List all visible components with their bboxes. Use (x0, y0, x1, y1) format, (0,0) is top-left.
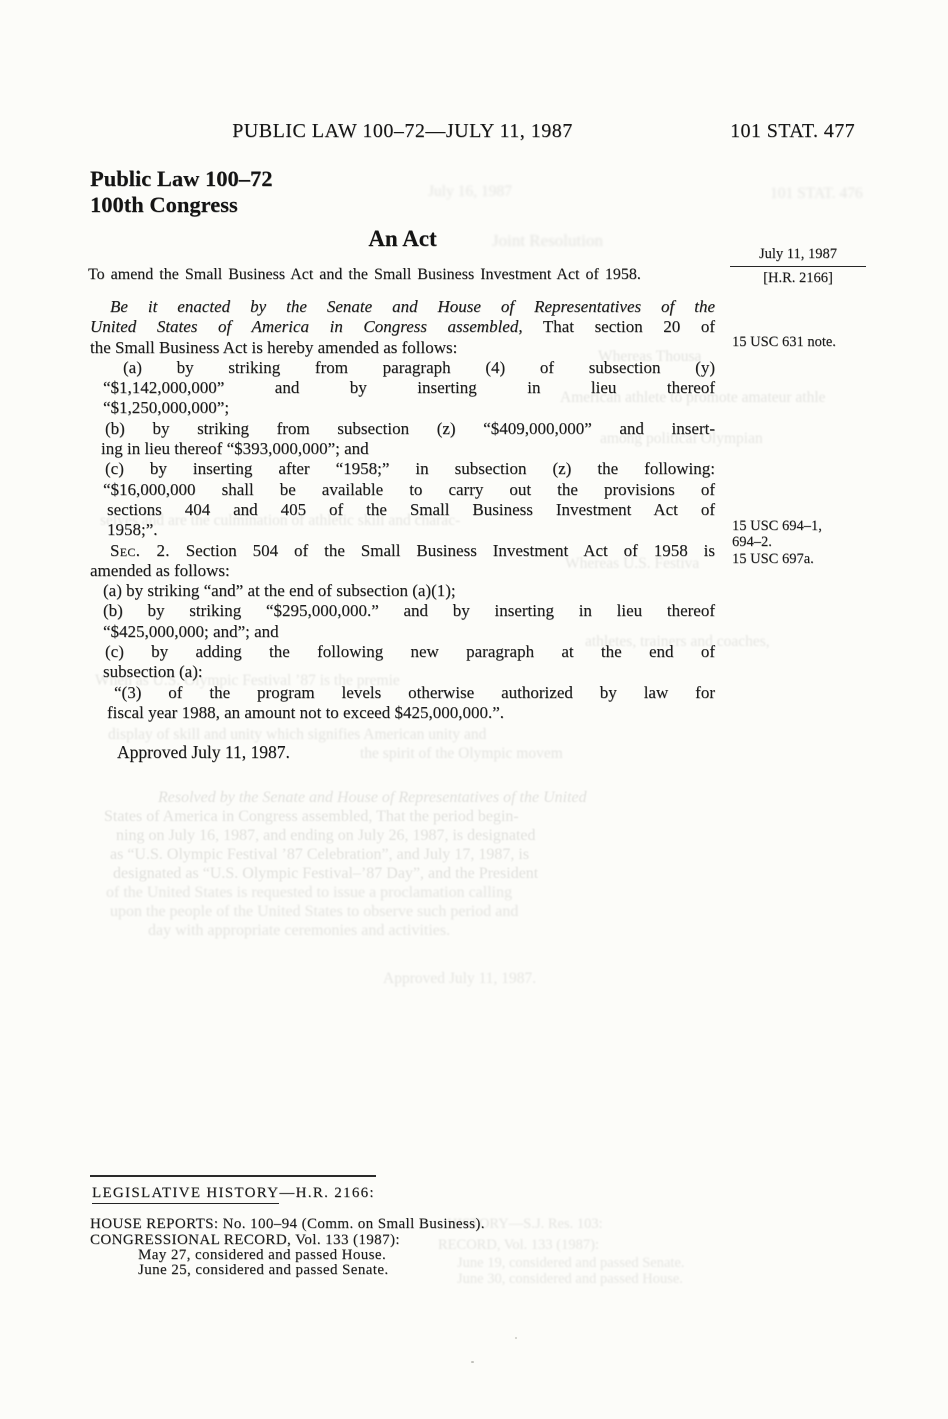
ghost-text: ning on July 16, 1987, and ending on Jul… (116, 827, 536, 845)
margin-date: July 11, 1987 (730, 246, 866, 267)
house-reports: HOUSE REPORTS: No. 100–94 (Comm. on Smal… (90, 1216, 485, 1233)
legislative-history-rule (90, 1175, 376, 1177)
ghost-text: upon the people of the United States to … (110, 903, 518, 921)
ghost-text: June 19, considered and passed Senate. (457, 1255, 685, 1272)
statute-line: (c) by inserting after “1958;” in subsec… (90, 459, 715, 479)
statute-line: “(3) of the program levels otherwise aut… (90, 683, 715, 703)
ghost-text: as “U.S. Olympic Festival ’87 Celebratio… (110, 846, 529, 864)
congress-label: 100th Congress (90, 192, 273, 218)
act-heading: An Act (90, 226, 715, 252)
margin-date-block: July 11, 1987 [H.R. 2166] (730, 246, 866, 287)
usc-note-line: 15 USC 694–1, (732, 518, 822, 534)
statute-line: (a) by striking from paragraph (4) of su… (90, 358, 715, 378)
law-number-block: Public Law 100–72 100th Congress (90, 166, 273, 217)
section-number: Sec. 2. (110, 541, 170, 560)
paper-speck (471, 1361, 474, 1363)
running-head: PUBLIC LAW 100–72—JULY 11, 1987 (90, 120, 715, 143)
legislative-history-bill: —H.R. 2166: (279, 1185, 375, 1201)
usc-note-line: 15 USC 697a. (732, 551, 822, 567)
usc-note-631: 15 USC 631 note. (732, 334, 836, 350)
statute-body: Be it enacted by the Senate and House of… (90, 297, 715, 723)
statute-line: Sec. 2. Section 504 of the Small Busines… (90, 541, 715, 561)
margin-bill-number: [H.R. 2166] (730, 267, 866, 287)
stat-page-number: 101 STAT. 477 (690, 120, 855, 143)
ghost-text: July 16, 1987 (428, 183, 512, 201)
paper-speck (515, 1337, 517, 1339)
record-item: June 25, considered and passed Senate. (138, 1262, 389, 1279)
ghost-text: designated as “U.S. Olympic Festival–’87… (113, 865, 538, 883)
statute-line: (b) by striking from subsection (z) “$40… (90, 419, 715, 439)
legislative-history-heading: LEGISLATIVE HISTORY—H.R. 2166: (92, 1185, 375, 1202)
enacting-roman: That section 20 of (523, 317, 715, 336)
statute-line: Be it enacted by the Senate and House of… (90, 297, 715, 317)
ghost-text: of the United States is requested to iss… (106, 884, 512, 902)
ghost-text: States of America in Congress assembled,… (104, 808, 519, 826)
ghost-text: Resolved by the Senate and House of Repr… (158, 789, 587, 807)
statute-line: (b) by striking “$295,000,000.” and by i… (90, 601, 715, 621)
usc-note-line: 694–2. (732, 534, 822, 550)
ghost-text: RECORD, Vol. 133 (1987): (438, 1237, 599, 1254)
legislative-history-title: LEGISLATIVE HISTORY (92, 1185, 279, 1204)
enacting-italic: United States of America in Congress ass… (90, 317, 523, 336)
section-text: Section 504 of the Small Business Invest… (170, 541, 715, 560)
ghost-text: day with appropriate ceremonies and acti… (148, 922, 450, 940)
ghost-text: 101 STAT. 476 (770, 185, 863, 203)
statute-line: (a) by striking “and” at the end of subs… (90, 581, 715, 601)
statute-line: “$1,142,000,000” and by inserting in lie… (90, 378, 715, 398)
statute-line: fiscal year 1988, an amount not to excee… (90, 703, 715, 723)
statute-line: “$16,000,000 shall be available to carry… (90, 480, 715, 500)
statute-line: subsection (a): (90, 662, 715, 682)
law-number: Public Law 100–72 (90, 166, 273, 192)
ghost-text: Approved July 11, 1987. (383, 970, 536, 988)
statute-line: “$1,250,000,000”; (90, 398, 715, 418)
statute-line: the Small Business Act is hereby amended… (90, 338, 715, 358)
preamble: To amend the Small Business Act and the … (88, 266, 718, 284)
statute-line: ing in lieu thereof “$393,000,000”; and (90, 439, 715, 459)
approved-date: Approved July 11, 1987. (90, 742, 742, 763)
usc-note-694: 15 USC 694–1, 694–2. 15 USC 697a. (732, 518, 822, 567)
statute-line: (c) by adding the following new paragrap… (90, 642, 715, 662)
statute-line: “$425,000,000; and”; and (90, 622, 715, 642)
statute-line: amended as follows: (90, 561, 715, 581)
statute-line: United States of America in Congress ass… (90, 317, 715, 337)
statute-page: July 16, 1987 101 STAT. 476 Joint Resolu… (0, 0, 948, 1419)
statute-line: sections 404 and 405 of the Small Busine… (90, 500, 715, 520)
ghost-text: June 30, considered and passed House. (457, 1271, 683, 1288)
statute-line: 1958;”. (90, 520, 715, 540)
